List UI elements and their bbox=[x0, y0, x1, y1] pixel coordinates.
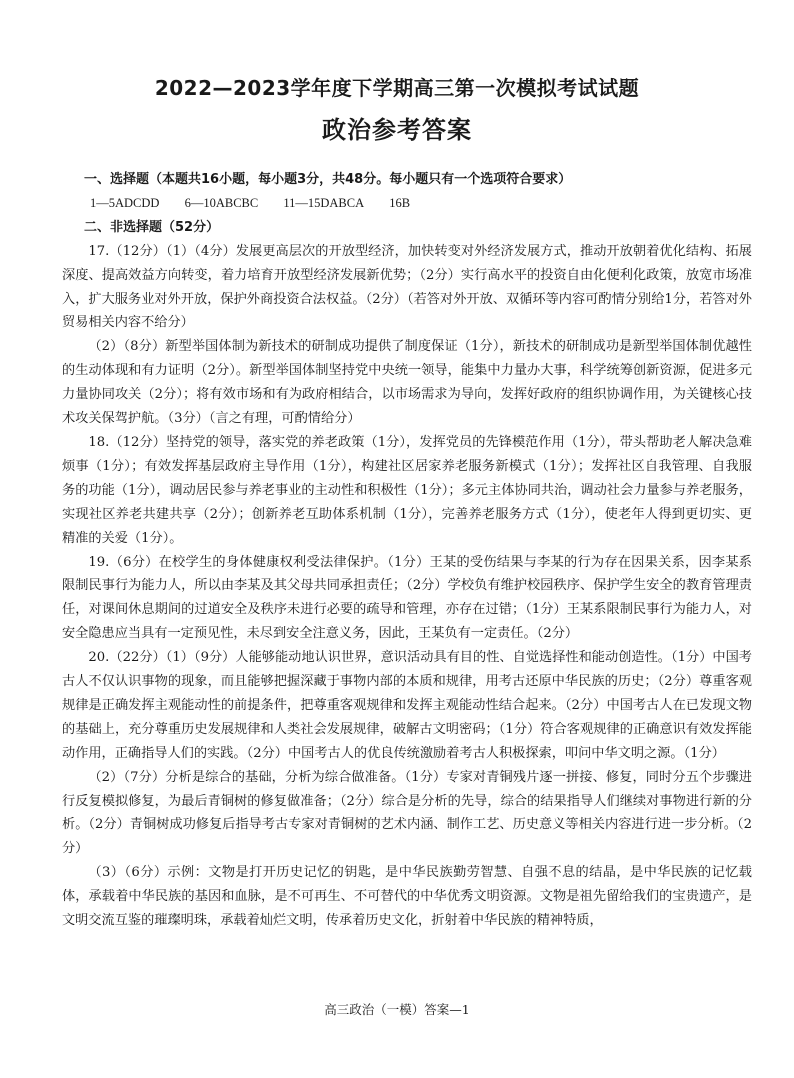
section-heading-multiple-choice: 一、选择题（本题共16小题，每小题3分，共48分。每小题只有一个选项符合要求） bbox=[62, 168, 752, 192]
answer-paragraph-20-3: （3）（6分）示例：文物是打开历史记忆的钥匙，是中华民族勤劳智慧、自强不息的结晶… bbox=[62, 861, 752, 933]
document-subtitle: 政治参考答案 bbox=[0, 110, 794, 145]
answer-paragraph-17-1: 17.（12分）（1）（4分）发展更高层次的开放型经济，加快转变对外经济发展方式… bbox=[62, 240, 752, 336]
document-title: 2022—2023学年度下学期高三第一次模拟考试试题 bbox=[0, 72, 794, 101]
multiple-choice-answers: 1—5ADCDD 6—10ABCBC 11—15DABCA 16B bbox=[62, 192, 752, 216]
answer-group: 16B bbox=[389, 196, 410, 210]
answer-group: 1—5ADCDD bbox=[90, 196, 159, 210]
answer-group: 6—10ABCBC bbox=[185, 196, 259, 210]
answer-content: 一、选择题（本题共16小题，每小题3分，共48分。每小题只有一个选项符合要求） … bbox=[62, 168, 752, 933]
answer-paragraph-17-2: （2）（8分）新型举国体制为新技术的研制成功提供了制度保证（1分），新技术的研制… bbox=[62, 335, 752, 431]
section-heading-non-choice: 二、非选择题（52分） bbox=[62, 216, 752, 240]
answer-paragraph-19: 19.（6分）在校学生的身体健康权利受法律保护。（1分）王某的受伤结果与李某的行… bbox=[62, 551, 752, 647]
answer-group: 11—15DABCA bbox=[283, 196, 364, 210]
answer-paragraph-20-2: （2）（7分）分析是综合的基础，分析为综合做准备。（1分）专家对青铜残片逐一拼接… bbox=[62, 766, 752, 862]
page-footer: 高三政治（一模）答案—1 bbox=[0, 1000, 794, 1018]
answer-paragraph-18: 18.（12分）坚持党的领导，落实党的养老政策（1分），发挥党员的先锋模范作用（… bbox=[62, 431, 752, 551]
answer-paragraph-20-1: 20.（22分）（1）（9分）人能够能动地认识世界，意识活动具有目的性、自觉选择… bbox=[62, 646, 752, 766]
